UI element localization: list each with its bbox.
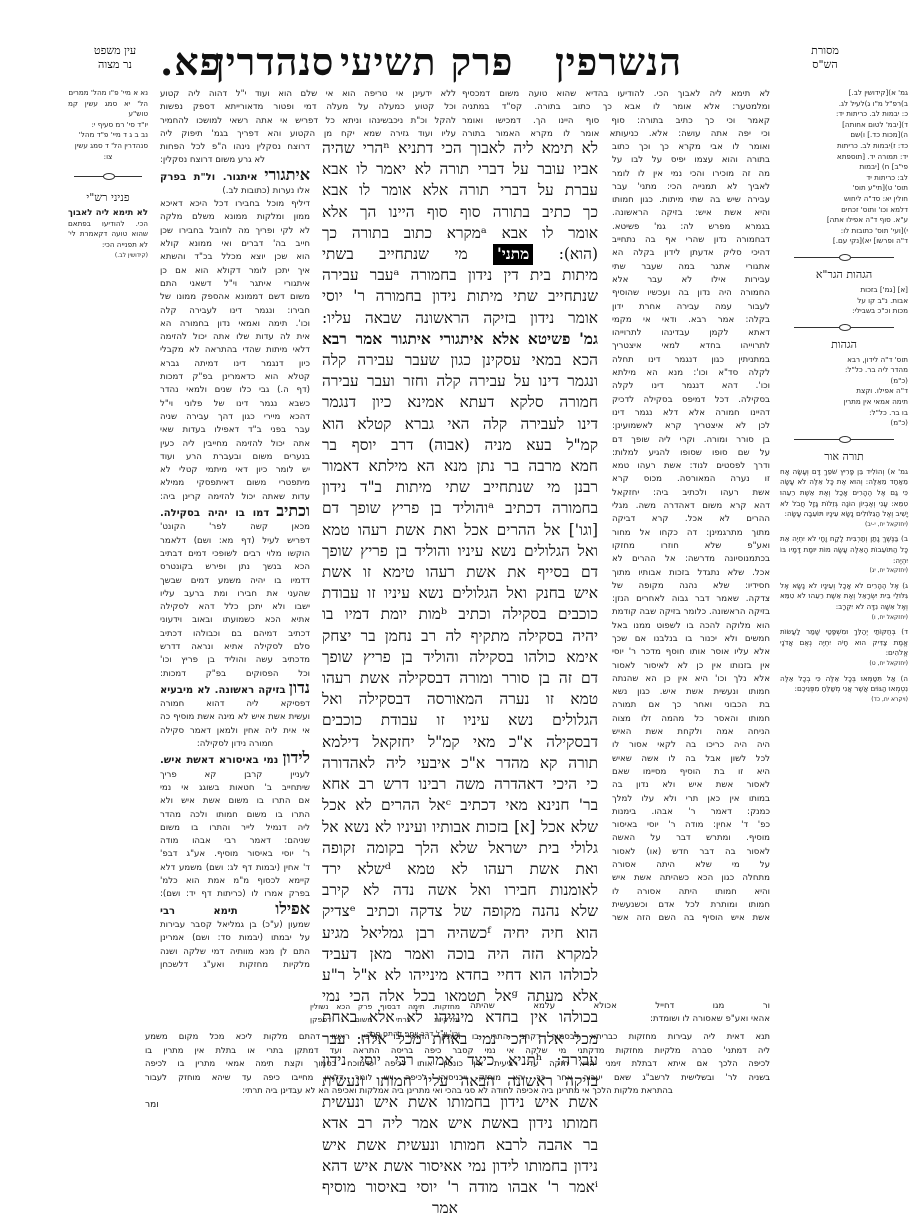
gemara-line: הכא במאי עסקינן כגון שעבר עבירה קלה xyxy=(322,350,598,371)
masoret-line: ד"ה ופרשו] יא)[נקי עם.] xyxy=(780,236,908,247)
gemara-line: כך כתיב בתורה סוף סוף היינו הך אלא xyxy=(322,202,598,223)
gemara-line: ואת אשת רעהו לא טמא ᵈשלא ירד xyxy=(322,859,598,880)
gemara-line: דם בסייף את אשת רעהו טימא זו אשת xyxy=(322,562,598,583)
rashi-line: דאתא לקמן עבדינהו לתרוייהו xyxy=(612,327,770,340)
hagra-line: [א] [גמ'] בזכות xyxy=(780,285,908,296)
rashi-line: בת הכבוני ואחר כך אם תמורה xyxy=(612,699,770,712)
rashi-line: בגמרא מפרש לה: גמ' פשיטא. xyxy=(612,221,770,234)
rashi-line: לעבור עמה עבירה אחרת ידון xyxy=(612,301,770,314)
tosafot-line: וכל קטוע כמעלה על מעלה דמי ופטור מדאוריי… xyxy=(160,101,456,114)
ornament-divider xyxy=(794,323,894,331)
rashi-line: חמותו ומותרת לכל אדם וכשנעשית xyxy=(612,899,770,912)
gemara-line: נידון בחמותו לידון נמי אאיסור אשת איש דה… xyxy=(322,1156,598,1177)
penei-rashi-line: הכי. להודיעו בפתאם xyxy=(68,219,148,228)
rashi-line: דהא קרא משום דאהדרה משה. מגלי xyxy=(612,500,770,513)
masoret-line: פי"ב] ח) [יבמות xyxy=(780,162,908,173)
masoret-title-line1: מסורת xyxy=(780,44,870,58)
rashi-line: במתניתין כגון דנגמר דינו תחלה xyxy=(612,354,770,367)
ein-mishpat-line: צו: xyxy=(68,152,148,163)
masoret-line: לב: כריתות יד xyxy=(780,173,908,184)
torah-or-entry: גמ' א) וְהוֹלִיד בֵּן פָּרִיץ שֹׁפֵךְ דָ… xyxy=(780,467,908,531)
rashi-line: אשת רעהו ולכתיב ביה: יחזקאל xyxy=(612,487,770,500)
gemara-line: כוכבים בסקילה וכתיב ᵇמות יומת דמיו בו xyxy=(322,604,598,625)
rashi-line: דהיינו חמורה אלא דלא נגמר דינו xyxy=(612,407,770,420)
rashi-line: לתרוייהו בחדא למאי איצטריך xyxy=(612,340,770,353)
gemara-line: דבסקילה א"כ מאי קמ"ל יחזקאל דילמא xyxy=(322,732,598,753)
tosafot-line: כשבא נגמר דינו של פלוני וי"ל xyxy=(160,398,310,411)
tosafot-dibur-hamatchil: וכתיב דמו בו יהיה בסקילה. xyxy=(160,504,310,521)
hagra-line: מכות וכ"כ בשבילי: xyxy=(780,306,908,317)
tosafot-dibur-hamatchil: לידון נמי באיסורא דאשת איש. xyxy=(160,751,310,768)
rashi-line: ההרים לא אכל. קרא דביקה xyxy=(612,513,770,526)
masoret-line: כ: יבמות לב. כריתות יד: xyxy=(780,109,908,120)
rashi-line: מתוך מתרגמינן: דה כקחו אל מחור xyxy=(612,527,770,540)
torah-or-verse: ד) בְּחֻקּוֹתַי יְהַלֵּךְ וּמִשְׁפָּטַי … xyxy=(780,627,908,657)
gemara-line: איש בחנק ואל הגלולים נשא עיניו זו עבודת xyxy=(322,583,598,604)
tosafot-line: וכו'. תימה ואמאי נדון בחמורה הא xyxy=(160,318,310,331)
tosafot-line: חבירו: ונגמר דינו לעבירה קלה xyxy=(160,305,310,318)
torah-or-entry: ד) בְּחֻקּוֹתַי יְהַלֵּךְ וּמִשְׁפָּטַי … xyxy=(780,627,908,669)
tosafot-line: לכיפה הלכך אם איתא דבתלת זימני הויא חזקה… xyxy=(145,1057,770,1071)
torah-or-ref: (יחזקאל יח, ו) xyxy=(780,613,908,624)
masoret-hashas-title: מסורת הש"ס xyxy=(780,44,870,72)
gemara-line: [וגו'] אל ההרים אכל ואת אשת רעהו טמא xyxy=(322,520,598,541)
tosafot-line: דדמיו בו יהיה משמע דמים שבשך xyxy=(160,575,310,588)
tosafot-dh-word: נדון xyxy=(289,678,310,697)
gemara-line: הגלולים נשא עיניו זו עבודת כוכבים xyxy=(322,710,598,731)
penei-rashi-ref: (קידושין לב.) xyxy=(68,251,148,262)
rashi-line: על שם סופו שסופו להגיע למלות: xyxy=(612,447,770,460)
rashi-line: וכו'. דהא דנגמר דינו לקלה xyxy=(612,380,770,393)
gemara-line: בר אהבה לרבא חמותו ונעשית אשת איש xyxy=(322,1135,598,1156)
tosafot-dh-rest: בזיקה ראשונה. לא מיבעיא xyxy=(160,685,286,696)
tosafot-line: יש לומר כיון דאי מיתמי קטלי לא xyxy=(160,464,310,477)
tosafot-dh-word: אפילו xyxy=(275,899,310,918)
rashi-line: קאמר וכי כך כתיב בתורה: סוף סוף היינו הך… xyxy=(462,115,770,128)
masoret-line: י)[ועי' תוס' כתובות לו: xyxy=(780,226,908,237)
masoret-line: גמ' א)[קידושין לב.] xyxy=(780,88,908,99)
rashi-line: אשת איש הוסיף בה השם הזה אשר xyxy=(612,912,770,925)
masoret-hashas-block: גמ' א)[קידושין לב.] ב)רפ"ל מ"ו ג)לעיל לג… xyxy=(780,88,908,247)
tosafot-dh-rest: תימא רבי xyxy=(160,906,238,917)
ornament-divider xyxy=(794,253,894,261)
tosafot-line: ליה דמתני' סברה מלקיות מחזקות מדקתני מי … xyxy=(145,1044,770,1058)
torah-or-ref: (ויקרא יח, כד) xyxy=(780,695,908,706)
penei-rashi-body: לא תימא ליה לאבוך הכי. להודיעו בפתאם שהו… xyxy=(68,208,148,261)
ornament-divider xyxy=(794,435,894,443)
rashi-line: זו נערה המאורסה. מכוס קרא xyxy=(612,473,770,486)
mishna-start-line: (הוא): מתני' מי שנתחייב בשתי xyxy=(322,244,598,265)
rashi-line: חמותו ונעשית אשת איש. כגון נשא xyxy=(612,686,770,699)
hagahot-line: (כ"מ) xyxy=(780,418,908,429)
rashi-line: ואע"פ שלא חוזרו מחזקו xyxy=(612,540,770,553)
masoret-line: דלמא וכו' ותוס' זכחים xyxy=(780,205,908,216)
penei-rashi-line: לא תפנייה הכי: xyxy=(102,240,148,249)
gemara-line: גמ' פשיטא אלא איתגורי איתגור אמר רבא xyxy=(322,329,598,350)
tosafot-dibur-hamatchil: נדון בזיקה ראשונה. לא מיבעיא xyxy=(160,681,310,698)
tosafot-line: אתיא הכא כשמועתו ובאוב וידעוני xyxy=(160,614,310,627)
rashi-top: לא תימא ליה לאבוך הכי. להודיעו בהדיא שהו… xyxy=(462,88,770,141)
ein-mishpat-line: סנהדרין הל' ד סמג עשין xyxy=(68,141,148,152)
gemara-line: כי היכי דאהדרה משה רבינו דרש רב אחא xyxy=(322,774,598,795)
gemara-line: רבנן מי שנתחייב שתי מיתות ב"ד נידון xyxy=(322,477,598,498)
tosafot-line: שיתחייב ב' חטאות בשוגג אי נמי xyxy=(160,782,310,795)
gemara-line: ונגמר דינו על עבירה קלה וחזר ועבר עבירה xyxy=(322,371,598,392)
tosafot-line: על יבמתו (יבמות סד: ושם) אמרינן xyxy=(160,932,310,945)
tosafot-line: הוקשו מלוי רבים לשופכי דמים דבתיב xyxy=(160,548,310,561)
rashi-line: החמורה היה נדון בה ועכשיו שהוסיף xyxy=(612,287,770,300)
torah-or-verse: ג) אֶל הֶהָרִים לֹא אָכָל וְעֵינָיו לֹא … xyxy=(780,581,908,611)
tosafot-line: ישבו ולא יתכן כלל דהא לסקילה xyxy=(160,601,310,614)
rashi-line: ודרך לפסטים לנוד: אשת רעהו טמא xyxy=(612,460,770,473)
torah-or-entry: ה) אַל תִּטַּמְּאוּ בְּכָל אֵלֶּה כִּי ב… xyxy=(780,674,908,706)
rashi-line: לא תימא ליה לאבוך הכי. להודיעו בהדיא שהו… xyxy=(462,88,770,101)
ein-mishpat-title-line2: נר מצוה xyxy=(75,58,155,72)
rashi-line: כמנק: דאמר ר' אבהו. בימנות xyxy=(612,806,770,819)
tosafot-line: דלאי מיתות שהדי בהתראה לא מקבלי xyxy=(160,344,310,357)
tosafot-line: אית לה עדות שלו אתה יכול להזימה xyxy=(160,331,310,344)
masoret-line: כד: ז)יבמות לב. כריתות xyxy=(780,141,908,152)
gemara-catchword: אמר xyxy=(322,1198,598,1213)
gemara-line: שלא אכל [א] בזכות אבותיו ועיניו לא נשא א… xyxy=(322,817,598,838)
torah-or-entry: ג) אֶל הֶהָרִים לֹא אָכָל וְעֵינָיו לֹא … xyxy=(780,581,908,623)
rashi-line: לקלה סד"א וכו': מנא הא מילתא xyxy=(612,367,770,380)
tosafot-dh-rest: דמו בו יהיה בסקילה. xyxy=(160,508,269,519)
gemara-line: עברת על דברי תורה אלא אומר לו אבא xyxy=(322,180,598,201)
rashi-line: דבחמורה נדון שהרי אף בה נתחייב xyxy=(612,234,770,247)
gemara-line: למקרא הזה היה בוכה ואמר מאן דעביד xyxy=(322,944,598,965)
rashi-line: לכל לשון אבל בה לו אשה שאיש xyxy=(612,753,770,766)
torah-or-verse: ה) אַל תִּטַּמְּאוּ בְּכָל אֵלֶּה כִּי ב… xyxy=(780,674,908,694)
tosafot-line: דהכא מיירי כגון דהך עבירה שניה xyxy=(160,411,310,424)
ein-mishpat-title: עין משפט נר מצוה xyxy=(75,44,155,72)
tosafot-dh-rest: איתגור. ול"ת בפרק xyxy=(160,172,258,183)
gemara-line: יהיה בסקילה מתקיף לה רב נחמן בר יצחק xyxy=(322,626,598,647)
rashi-line: חמותו והאסר כל מהמה זלו מצוה xyxy=(612,713,770,726)
tosafot-line: איך יתכן לומר דקולא הוא אם כן xyxy=(160,265,310,278)
ein-mishpat-line: נא א מיי' פ"ו מהל' ממרים xyxy=(68,88,148,99)
rashi-line: חסידיו: שלא נהנה מקופה של xyxy=(612,580,770,593)
ein-mishpat-line: הל' יא סמג עשין קמ טוש"ע xyxy=(68,99,148,120)
rashi-line: צדקה. שאמר דבר גבוה לאחרים הנזן: xyxy=(612,593,770,606)
rashi-line: ואומר לו אבי מקרא כך וכך כתוב xyxy=(612,141,770,154)
rashi-line: אלא עליו אוסר אותו חוסף מדכר ר' יוסי xyxy=(612,646,770,659)
tractate-name: סנהדרין xyxy=(215,40,334,84)
rashi-bottom: ור מגו דחייל אכולא עלמא שהיתה אהאי ואע"פ… xyxy=(470,1000,770,1027)
rashi-column: ואומר לו אבי מקרא כך וכך כתוב בתורה והוא… xyxy=(612,141,770,926)
hagahot-line: תוס' ד"ה לידון, רבא xyxy=(780,355,908,366)
tosafot-line: עבר בפני ב"ד דאפילו בעדות שאי xyxy=(160,424,310,437)
tosafot-line: הוא שכן יוצא מכלל בכ"ד והשתא xyxy=(160,251,310,264)
penei-rashi-line: שהוא טועה דקאמרת לי' xyxy=(68,229,148,238)
rashi-line: אתגורי אתגר במה שעבר שתי xyxy=(612,261,770,274)
torah-or-verse: ב) בַּנֶּשֶׁךְ נָתַן וְתַרְבִּית לָקַח ו… xyxy=(780,534,908,564)
rashi-line: לאסור אשת איש ולא נדון בה xyxy=(612,779,770,792)
tosafot-catchword: ומר xyxy=(145,1100,159,1110)
gemara-line: אביו עובר על דברי תורה לא יאמר לו אבא xyxy=(322,159,598,180)
gemara-line: טמא זו נערה המאורסה דבסקילה ואל xyxy=(322,689,598,710)
tosafot-line: אלו נערות (כתובות לב.) xyxy=(160,185,310,198)
rashi-line: חמשים ולא יכנור בו בנלבנו אם שכך xyxy=(612,633,770,646)
tosafot-line: דכתיב דמיהם בם וכבולהו דכתיב xyxy=(160,628,310,641)
tosafot-line: סלם לסקילה אתיא ונראה דדרש xyxy=(160,641,310,654)
gemara-line: ואל הגלולים נשא עיניו והוליד בן פריץ שופ… xyxy=(322,541,598,562)
gemara-line: שלא נהנה מקופה של צדקה וכתיב ᵉצדיק xyxy=(322,901,598,922)
tosafot-line: אתה יכול להזימה מחייבין ליה כעין xyxy=(160,438,310,451)
masoret-line: יד: תמורה יד. [תוספתא xyxy=(780,152,908,163)
rashi-line: בתורה והוא עצמו יפיס על לבו על xyxy=(612,154,770,167)
tosafot-line: אם התרו בו משום אשת איש ולא xyxy=(160,795,310,808)
masoret-line: תוס' ט)[תי"ע תוס' xyxy=(780,183,908,194)
gemara-line: חמורה סלקא דעתא אמינא כיון דנגמר xyxy=(322,392,598,413)
gemara-line: חמא מרבה בר נתן מנא הא מילתא דאמור xyxy=(322,456,598,477)
tosafot-line: להקל וכ"ת ניכבשינהו וניתא כל דפריש אי את… xyxy=(160,115,456,128)
gemara-line: לא תימא ליה לאבוך הכי דתניא ⁿהרי שהיה xyxy=(322,138,598,159)
ornament-divider xyxy=(74,172,142,180)
hagahot-line: (כ"מ) xyxy=(780,376,908,387)
tosafot-dh-rest: נמי באיסורא דאשת איש. xyxy=(160,755,278,766)
tosafot-line: כיון דנגמר דינו דמיתה גברא xyxy=(160,358,310,371)
gemara-line: בר' חנינא מאי דכתיב ᶜאל ההרים לא אכל xyxy=(322,795,598,816)
tosafot-line: ליה דנמיל לייר והתרו בו משום xyxy=(160,822,310,835)
gemara-line: לאומנות חבירו ואל אשה נדה לא קירב xyxy=(322,880,598,901)
torah-or-ref: (יחזקאל יח, יג) xyxy=(780,566,908,577)
gemara-line: ⁱאמר ר' אבהו מודה ר' יוסי באיסור מוסיף xyxy=(322,1177,598,1198)
tosafot-line: התם לן מנא מוותיה דמי שלקה ושנה xyxy=(160,946,310,959)
chapter-name: הנשרפין xyxy=(555,40,682,84)
gemara-line: בחמורה דכתיב ᵃוהוליד בן פריץ שופך דם xyxy=(322,498,598,519)
torah-or-ref: (יחזקאל יח, י-יב) xyxy=(780,520,908,531)
tosafot-line: דיליף מוכל בחבירו דכל היכא דאיכא xyxy=(160,198,310,211)
rashi-line: אלא נלך וכו' היא אין כן הא שהנתה xyxy=(612,673,770,686)
tosafot-line: משום דשם דממונא אהספק ממונו של xyxy=(160,291,310,304)
gemara-line: חמותו נידון באשת איש אמר ליה רב אדא xyxy=(322,1113,598,1134)
left-margin: נא א מיי' פ"ו מהל' ממרים הל' יא סמג עשין… xyxy=(68,88,148,261)
rashi-line: היה היה כריכו בה לקאי אסור לו xyxy=(612,739,770,752)
tosafot-line: בהתראת מלקות הלכך אי מתרינן ביה אכיפה לח… xyxy=(145,1084,770,1098)
rashi-line: ור מגו דחייל אכולא עלמא שהיתה xyxy=(470,1000,770,1013)
tosafot-line: ממון ומלקות ממונא משלם מלקה xyxy=(160,211,310,224)
tosafot-line: הכא בנשך נתן ופירש בקונטרס xyxy=(160,561,310,574)
torah-or-entry: ב) בַּנֶּשֶׁךְ נָתַן וְתַרְבִּית לָקַח ו… xyxy=(780,534,908,576)
tosafot-line: אי אית ליה אחין ולמאן דאמר סקילה xyxy=(160,725,310,738)
rashi-line: עבירה שיש בה שתי מיתות. כגון חמותו xyxy=(612,194,770,207)
tosafot-line: תנא דאית ליה עבירות מחזקות כבריתא דבסמוך… xyxy=(145,1030,770,1044)
gemara-line: גלולי בית ישראל שלא הלך בקומה זקופה xyxy=(322,838,598,859)
gemara-line: דם זה בן סורר ומורה דבסקילה אשת רעהו xyxy=(322,668,598,689)
tosafot-line: שהעני את חבירו ומת ברעב עליו xyxy=(160,588,310,601)
chapter-number: פרק תשיעי xyxy=(340,40,513,84)
rashi-line: בסקילה. דכל דמיפס בסקילה לדכיק xyxy=(612,394,770,407)
tosafot-dh-word: וכתיב xyxy=(276,501,310,520)
masoret-line: ה)[מכות כד.] ו)שם xyxy=(780,130,908,141)
folio-number: פא. xyxy=(160,40,221,84)
masoret-line: ד)[יבמ' לטום אחותה] xyxy=(780,120,908,131)
tosafot-line: התרו בו משום חמותו ולכה מהדר xyxy=(160,809,310,822)
hagahot-line: מהדר ליה בר. כל"ל: xyxy=(780,365,908,376)
rashi-line: הוא מלוקה להכה בו לשפוט ממנו באל xyxy=(612,620,770,633)
gemara-line: שנתחייב שתי מיתות נידון בחמורה ר' יוסי xyxy=(322,286,598,307)
torah-or-ref: (יחזקאל יח, ט) xyxy=(780,659,908,670)
tosafot-line: ללא ידעינן אי טריפה הוא אי שלם הוא ועוד … xyxy=(160,88,456,101)
tosafot-line: מיתפטרי משום דאיתפסקי ממילא xyxy=(160,477,310,490)
masoret-title-line2: הש"ס xyxy=(780,58,870,72)
ein-mishpat-line: נב ב ג ד מיי' פ"ד מהל' xyxy=(68,130,148,141)
rashi-line: אהאי ואע"פ שאסורה לו ושומדת: xyxy=(470,1013,770,1026)
gemara-line: מיתות בית דין נידון בחמורה ᵃעבר עבירה xyxy=(322,265,598,286)
rashi-line: לכן לא איצטריך קרא לאשמועינן: xyxy=(612,420,770,433)
tosafot-dibur-hamatchil: איתגורי איתגור. ול"ת בפרק xyxy=(160,168,310,185)
tosafot-line: שניהם: דאמר רבי אבהו מודה xyxy=(160,835,310,848)
tosafot-line: לעניין קרבן קא פריך xyxy=(160,769,310,782)
tosafot-line: מחזקות. תימה דבסוף פרק הכא נשולין ומלקיו… xyxy=(310,1000,460,1027)
gemara-fragment: מי שנתחייב בשתי xyxy=(322,245,468,263)
rashi-line: אכל. שלא נתגדל בזכות אבותיו מתוך xyxy=(612,567,770,580)
tosafot-top: ללא ידעינן אי טריפה הוא אי שלם הוא ועוד … xyxy=(160,88,456,141)
rashi-line: לאסור בה דבר חדש (או) לאסור xyxy=(612,846,770,859)
tosafot-dh-word: לידון xyxy=(282,748,310,767)
tosafot-line: ר' יוסי באיסור מוסיף. אע"ג דבפ' xyxy=(160,848,310,861)
tosafot-dibur-hamatchil: אפילו תימא רבי xyxy=(160,902,310,919)
tosafot-line: מדכתיב עשה והוליד בן פריץ וכו' xyxy=(160,654,310,667)
tosafot-dh-word: איתגורי xyxy=(264,165,310,184)
rashi-line: עבירות אילו לא עבר אלא xyxy=(612,274,770,287)
penei-rashi-headword: לא תימא ליה לאבוך xyxy=(68,208,148,218)
hagahot-hagra-title: הגהות הגר"א xyxy=(780,267,908,283)
tosafot-line: בשניה לר' ובשלישית לרשב"ג שאם יעבור אחר … xyxy=(145,1071,770,1085)
gemara-line: דינו לעבירה קלה האי גברא קטלא הוא xyxy=(322,414,598,435)
rashi-line: אין בזנותו אין כן לא לאיסור לאסור xyxy=(612,660,770,673)
rashi-line: בקלה: אמר רבא. ודאי אי מקמי xyxy=(612,314,770,327)
hagahot-line: תימה אמאי אין מתרין xyxy=(780,397,908,408)
tosafot-line: קיימא לכסוף מ"מ אמת הוא כלמ' xyxy=(160,875,310,888)
masoret-line: ע"א. סוף ד"ה אפילו אתה] xyxy=(780,215,908,226)
rashi-line: כפ' ד' אחין: מודה ר' יוסי באיסור xyxy=(612,819,770,832)
tosafot-line: דפריש לעיל (דף מא: ושם) דלאמר xyxy=(160,535,310,548)
tosafot-line: ד' אחין (יבמות דף לג: ושם) משמע דלא xyxy=(160,862,310,875)
gemara-line: הוא חיה יחיה ᶠכשהיה רבן גמליאל מגיע xyxy=(322,923,598,944)
torah-or-title: תורה אור xyxy=(780,449,908,465)
tosafot-line: איתגורי איתגר וי"ל דשאני התם xyxy=(160,278,310,291)
rashi-line: בן סורר ומורה. וקרי ליה שופך דם xyxy=(612,434,770,447)
rashi-line: והיא אשת איש: בזיקה הראשונה. xyxy=(612,207,770,220)
gemara-line: אומר נידון בזיקה הראשונה שבאה עליו: xyxy=(322,308,598,329)
rashi-line: ומלמטער: אלא אומר לו אבא כך כתוב בתורה. … xyxy=(462,101,770,114)
tosafot-line: מלקיות מחזקות ואע"ג דלשכחן xyxy=(160,959,310,972)
hagahot-title: הגהות xyxy=(780,337,908,353)
gemara-fragment: (הוא): xyxy=(559,245,598,263)
tosafot-bottom: תנא דאית ליה עבירות מחזקות כבריתא דבסמוך… xyxy=(145,1030,770,1098)
rashi-line: על מי שלא היתה אסורה xyxy=(612,859,770,872)
mishna-label: מתני' xyxy=(493,244,533,265)
gemara-line: אומר לו אבא ᵃמקרא כתוב בתורה כך xyxy=(322,223,598,244)
gemara-line: תורה קא מהדר א"כ איבעי ליה לאהדורה xyxy=(322,753,598,774)
rashi-line: הניחה אמה ולקחת אשת האיש xyxy=(612,726,770,739)
rashi-line: מוסיף. ומתרש דבר על האשה xyxy=(612,832,770,845)
hagahot-line: ד"ה אפילו. וקצת xyxy=(780,386,908,397)
rashi-line: לאביך לא תמנייה הכי: מתני' עבר xyxy=(612,181,770,194)
hagra-line: אבות. נ"ב קו על xyxy=(780,296,908,307)
tosafot-column: דרוצח נסקלין נינהו ה"פ לכל הפחות לא גרע … xyxy=(160,141,310,972)
tosafot-line: דפסיקא ליה דהוא חמורה xyxy=(160,698,310,711)
tosafot-line: וכל הפסוקים בפ"ק דמכות: xyxy=(160,668,310,681)
masoret-line: חולין יא: סד"ה ליחוש xyxy=(780,194,908,205)
rashi-line: בזיקה הראשונה. כלומר בזיקה שבה קודמת xyxy=(612,606,770,619)
rashi-line: היא זו בת הוסיף מסיימו שאם xyxy=(612,766,770,779)
ein-mishpat-line: יו"ד סי' רמ סעיף י: xyxy=(68,120,148,131)
rashi-line: מה זה מוכירו והכי נמי אין לו לומר xyxy=(612,168,770,181)
rashi-line: והיא חמותו היתה אסורה לו xyxy=(612,886,770,899)
tosafot-line: (דף ה.) גבי כלו שנים ולמאי נהדר xyxy=(160,384,310,397)
rashi-line: דהיכי סליק אדעתן לידון בקלה הא xyxy=(612,247,770,260)
tosafot-line: חייב בה' דברים ואי ממונא קולא xyxy=(160,238,310,251)
torah-or-verse: גמ' א) וְהוֹלִיד בֵּן פָּרִיץ שֹׁפֵךְ דָ… xyxy=(780,467,908,518)
masoret-line: ב)רפ"ל מ"ו ג)לעיל לג. xyxy=(780,99,908,110)
tosafot-line: בנערים משום ובעברת הרע ועוד xyxy=(160,451,310,464)
rashi-line: מתחלה כגון הכא כשהיתה אשת איש xyxy=(612,872,770,885)
rashi-line: במותו אין כאן תרי ולא עלו למלך xyxy=(612,793,770,806)
tosafot-line: דרוצח נסקלין נינהו ה"פ לכל הפחות xyxy=(160,141,310,154)
hagahot-line: בו בר. כל"ל: xyxy=(780,408,908,419)
penei-rashi-title: פניני רש"י xyxy=(68,190,148,206)
right-margin: גמ' א)[קידושין לב.] ב)רפ"ל מ"ו ג)לעיל לג… xyxy=(780,88,908,709)
rashi-line: בכתמנוסיונה מדרשה: אל ההרים לא xyxy=(612,553,770,566)
tosafot-line: מכאן קשה לפר' הקונט' xyxy=(160,521,310,534)
tosafot-line: קטלא הוא כדאמרינן בפ"ק דמכות xyxy=(160,371,310,384)
tosafot-line: שמעון (ע"כ) בן גמליאל קסבר עבירות xyxy=(160,919,310,932)
tosafot-line: ועשית אשת איש לא מינה אשת מוסיף כה xyxy=(160,711,310,724)
gemara-line: אימא כולהו בסקילה והוליד בן פריץ שופך xyxy=(322,647,598,668)
tosafot-line: לא לקי ופריך מה לחובל בחבירו שכן xyxy=(160,225,310,238)
ein-mishpat-title-line1: עין משפט xyxy=(75,44,155,58)
gemara-line: לכולהו הוא דחיי בחדא מינייהו לא א"ל ר"ע xyxy=(322,965,598,986)
gemara-line: קמ"ל בעא מניה (אבוה) דרב יוסף בר xyxy=(322,435,598,456)
